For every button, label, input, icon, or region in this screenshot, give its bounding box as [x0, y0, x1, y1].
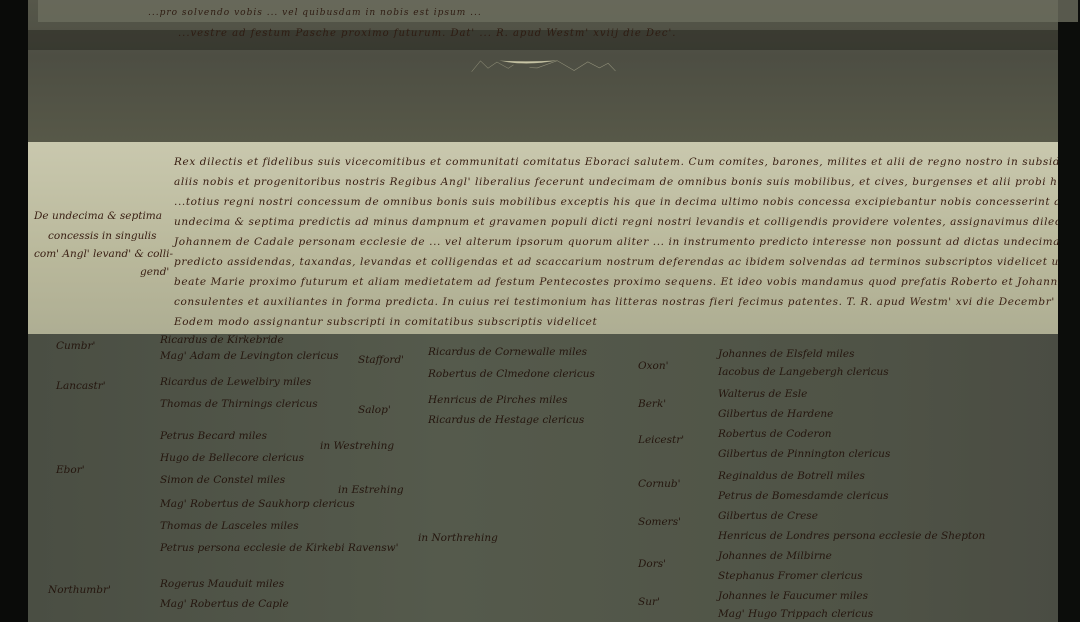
- riding-label: in Estrehing: [338, 484, 404, 496]
- margin-note-line-2: concessis in singulis: [48, 230, 156, 242]
- margin-note-line-1: De undecima & septima: [34, 210, 162, 222]
- commissioner-name: Gilbertus de Pinnington clericus: [718, 448, 890, 460]
- commissioner-name: Petrus Becard miles: [160, 430, 267, 442]
- county-label-salop: Salop': [358, 404, 391, 416]
- commissioner-name: Johannes le Faucumer miles: [718, 590, 868, 602]
- commissioner-name: Iacobus de Langebergh clericus: [718, 366, 889, 378]
- commissioner-name: Ricardus de Cornewalle miles: [428, 346, 587, 358]
- commissioner-name: Hugo de Bellecore clericus: [160, 452, 304, 464]
- body-line-8: consulentes et auxiliantes in forma pred…: [174, 296, 1055, 308]
- county-label-northumbr: Northumbr': [48, 584, 111, 596]
- commissioner-name: Robertus de Clmedone clericus: [428, 368, 595, 380]
- highlighted-text-band: De undecima & septima concessis in singu…: [28, 142, 1058, 334]
- commissioner-name: Gilbertus de Crese: [718, 510, 818, 522]
- body-line-1: Rex dilectis et fidelibus suis vicecomit…: [174, 156, 1080, 168]
- commissioner-name: Ricardus de Hestage clericus: [428, 414, 584, 426]
- commissioner-name: Gilbertus de Hardene: [718, 408, 833, 420]
- commissioner-name: Petrus persona ecclesie de Kirkebi Raven…: [160, 542, 398, 554]
- scan-border-left: [0, 0, 28, 622]
- commissioner-name: Mag' Hugo Trippach clericus: [718, 608, 873, 620]
- commissioner-name: Stephanus Fromer clericus: [718, 570, 863, 582]
- body-line-9: Eodem modo assignantur subscripti in com…: [174, 316, 597, 328]
- commissioner-name: Henricus de Londres persona ecclesie de …: [718, 530, 985, 542]
- commissioner-name: Johannes de Milbirne: [718, 550, 832, 562]
- commissioner-name: Mag' Robertus de Saukhorp clericus: [160, 498, 355, 510]
- riding-label: in Northrehing: [418, 532, 498, 544]
- commissioner-name: Robertus de Coderon: [718, 428, 832, 440]
- top-text-line-2: ...vestre ad festum Pasche proximo futur…: [178, 28, 676, 39]
- county-label-ebor: Ebor': [56, 464, 85, 476]
- commissioner-name: Rogerus Mauduit miles: [160, 578, 284, 590]
- county-label-somers: Somers': [638, 516, 681, 528]
- county-label-berk: Berk': [638, 398, 666, 410]
- county-label-cumbr: Cumbr': [56, 340, 95, 352]
- commissioner-name: Walterus de Esle: [718, 388, 807, 400]
- commissioner-name: Ricardus de Lewelbiry miles: [160, 376, 311, 388]
- body-line-2: aliis nobis et progenitoribus nostris Re…: [174, 176, 1080, 188]
- county-label-stafford: Stafford': [358, 354, 404, 366]
- margin-note-line-3: com' Angl' levand' & colli-: [34, 248, 173, 260]
- body-line-4: undecima & septima predictis ad minus da…: [174, 216, 1080, 228]
- commissioner-name: Mag' Robertus de Caple: [160, 598, 289, 610]
- body-line-7: beate Marie proximo futurum et aliam med…: [174, 276, 1080, 288]
- county-label-lancastr: Lancastr': [56, 380, 106, 392]
- commissioner-name: Petrus de Bomesdamde clericus: [718, 490, 888, 502]
- riding-label: in Westrehing: [320, 440, 394, 452]
- commissioner-name: Henricus de Pirches miles: [428, 394, 567, 406]
- county-label-sur: Sur': [638, 596, 660, 608]
- commissioner-name: Johannes de Elsfeld miles: [718, 348, 855, 360]
- commissioner-name: Reginaldus de Botrell miles: [718, 470, 865, 482]
- commissioner-name: Thomas de Thirnings clericus: [160, 398, 318, 410]
- county-label-cornub: Cornub': [638, 478, 681, 490]
- lower-membrane: Cumbr' Ricardus de Kirkebride Mag' Adam …: [28, 334, 1068, 622]
- body-line-6: predicto assidendas, taxandas, levandas …: [174, 256, 1080, 268]
- body-line-5: Johannem de Cadale personam ecclesie de …: [174, 236, 1080, 248]
- commissioner-name: Simon de Constel miles: [160, 474, 285, 486]
- body-line-3: ...totius regni nostri concessum de omni…: [174, 196, 1080, 208]
- stitching-zigzag: [28, 52, 1058, 142]
- commissioner-name: Thomas de Lasceles miles: [160, 520, 299, 532]
- top-text-line-1: ...pro solvendo vobis ... vel quibusdam …: [148, 8, 482, 18]
- commissioner-name: Ricardus de Kirkebride: [160, 334, 284, 346]
- scan-border-right: [1058, 66, 1080, 622]
- margin-note-line-4: gend': [140, 266, 169, 278]
- manuscript-roll: ...pro solvendo vobis ... vel quibusdam …: [0, 0, 1080, 622]
- county-label-oxon: Oxon': [638, 360, 669, 372]
- county-label-dors: Dors': [638, 558, 666, 570]
- commissioner-name: Mag' Adam de Levington clericus: [160, 350, 339, 362]
- county-label-leicestr: Leicestr': [638, 434, 684, 446]
